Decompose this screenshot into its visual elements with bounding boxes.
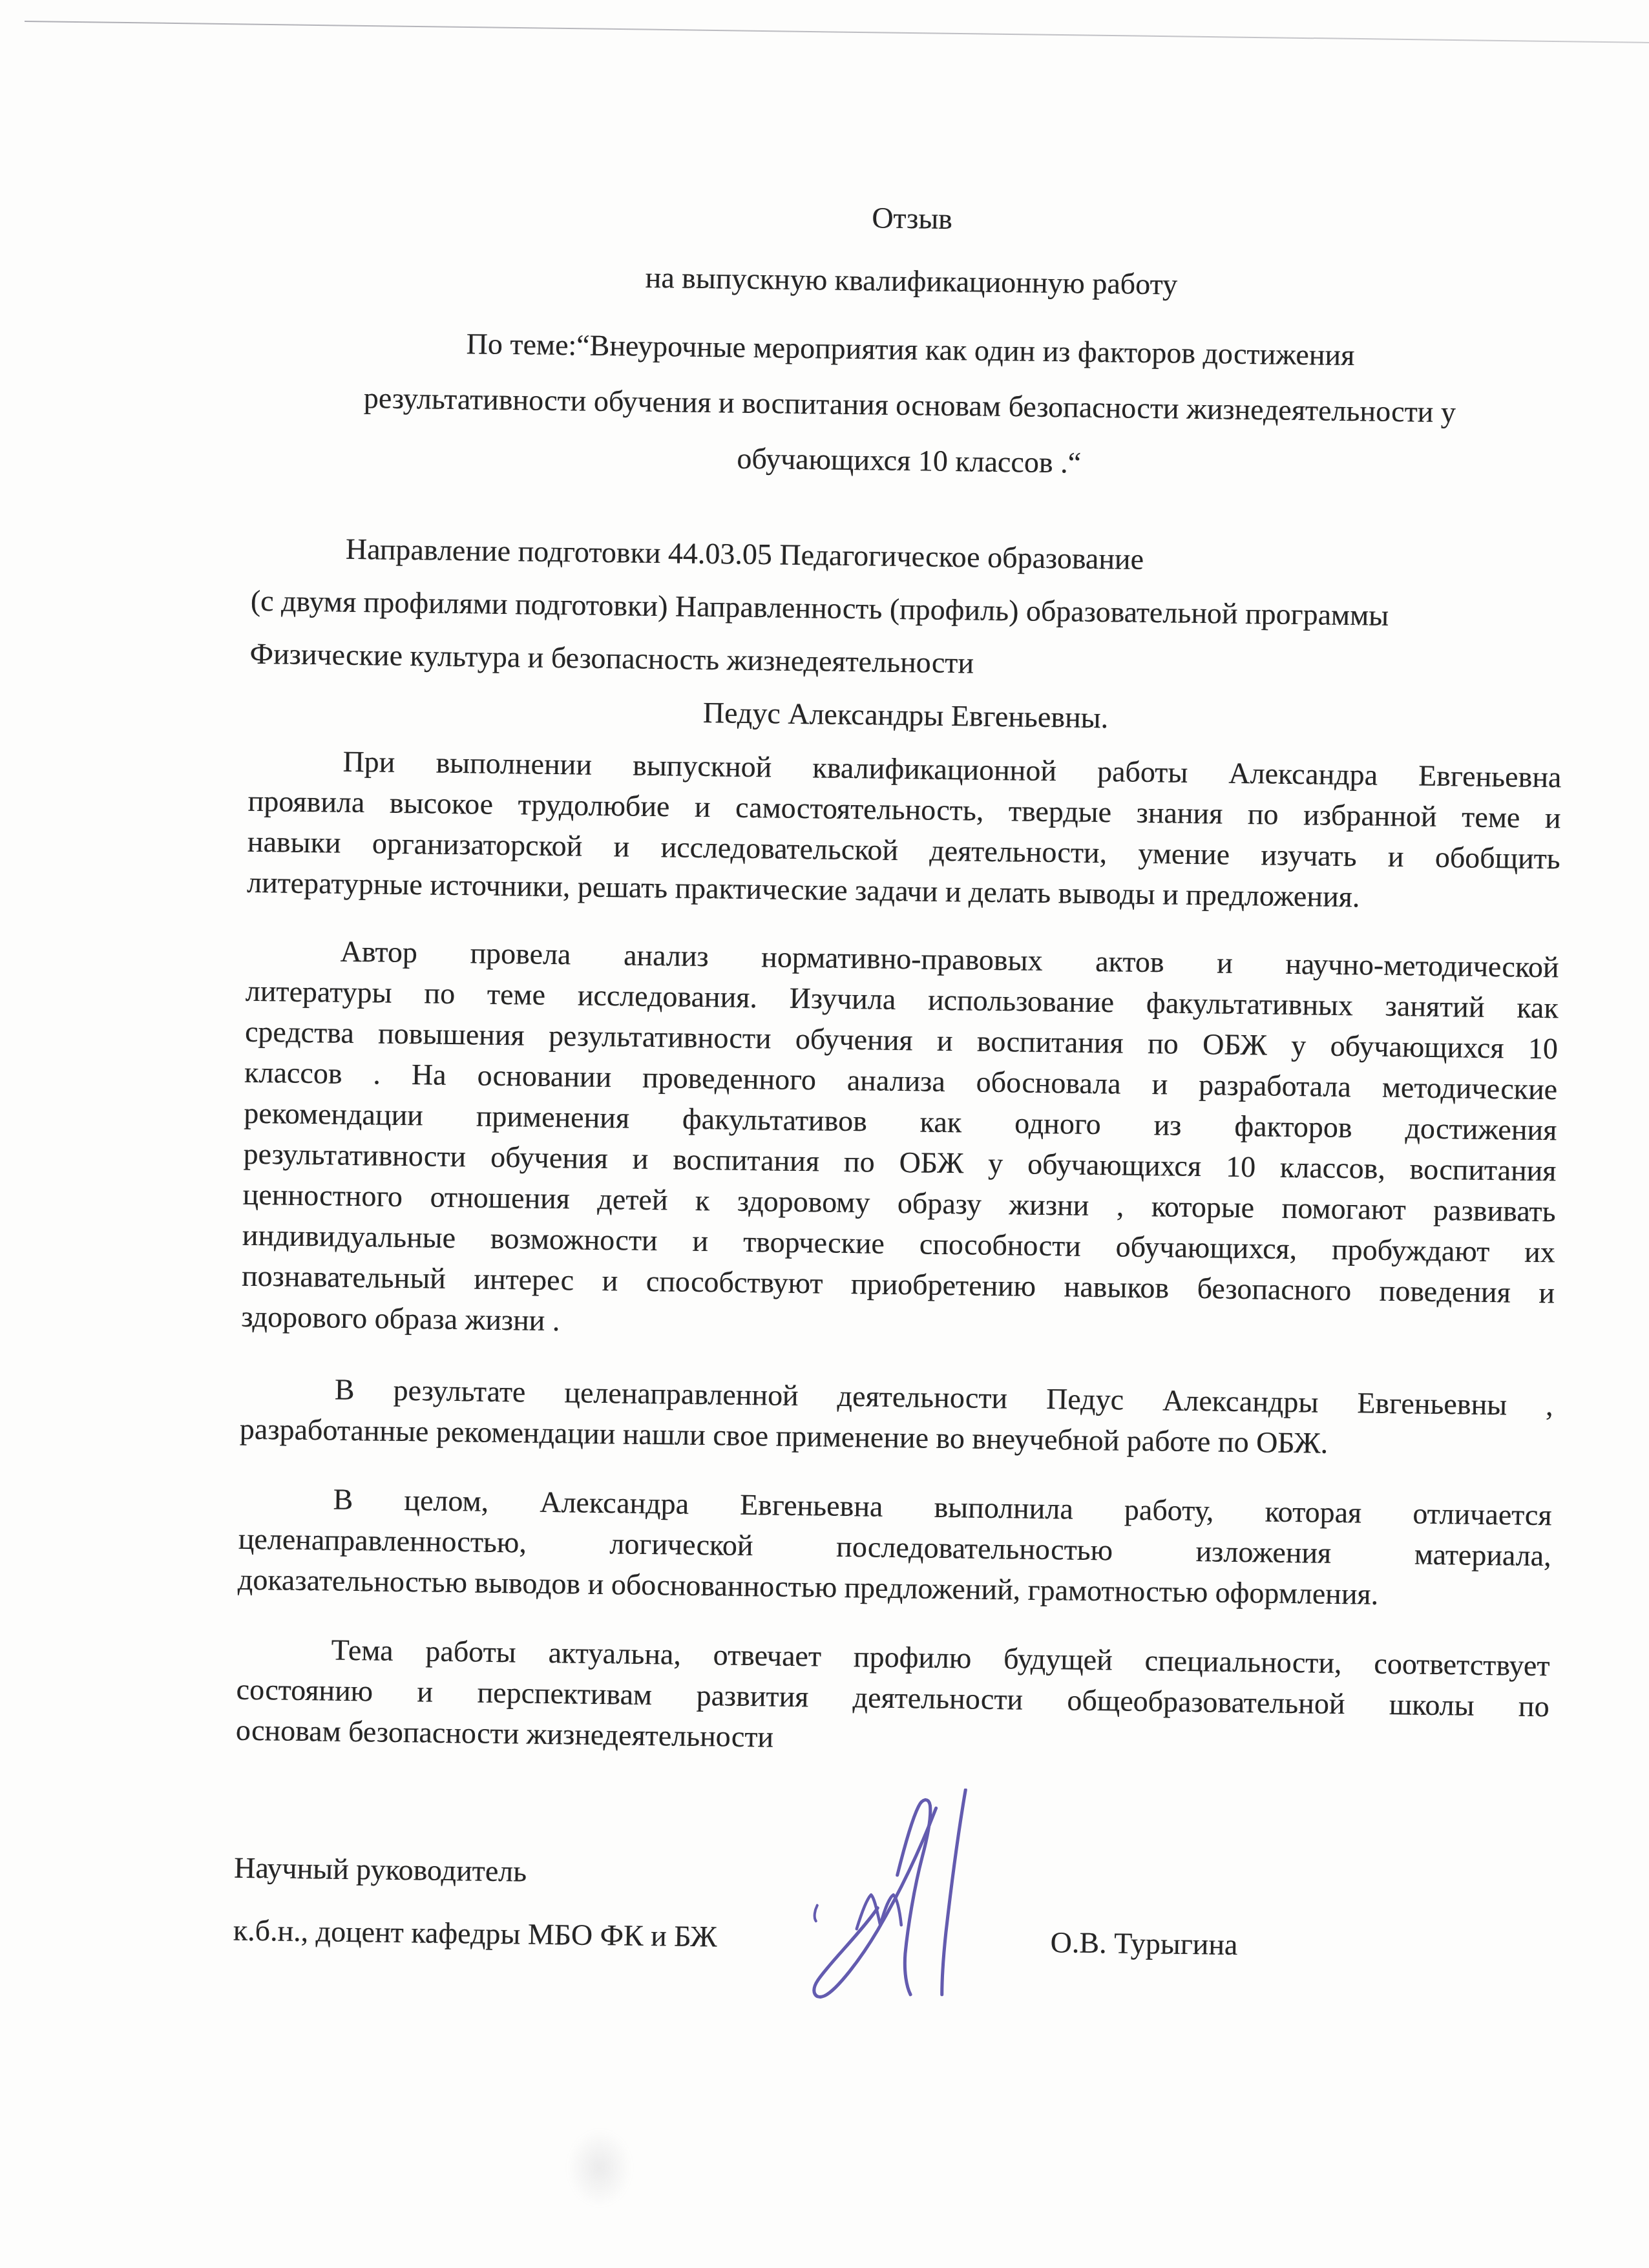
document-content: Отзыв на выпускную квалификационную рабо… — [0, 0, 1649, 1969]
supervisor-name: О.В. Турыгина — [1050, 1922, 1237, 1965]
supervisor-position-label: к.б.н., доцент кафедры МБО ФК и БЖ — [233, 1914, 717, 1953]
paragraph-analysis: Автор провела анализ нормативно-правовых… — [241, 930, 1559, 1354]
study-program: Направление подготовки 44.03.05 Педагоги… — [249, 521, 1564, 698]
signature-stroke — [942, 1790, 966, 1995]
signature-handwritten — [801, 1789, 976, 2005]
scan-artifact-smudge — [567, 2129, 632, 2207]
paragraph-results: В результате целенаправленной деятельнос… — [240, 1368, 1553, 1467]
document-title: Отзыв — [255, 189, 1569, 247]
paragraph-overall-assessment: В целом, Александра Евгеньевна выполнила… — [238, 1478, 1552, 1617]
signature-stroke — [898, 1800, 930, 1994]
signature-stroke — [815, 1906, 817, 1921]
document-subtitle: на выпускную квалификационную работу — [255, 252, 1568, 310]
document-page: Отзыв на выпускную квалификационную рабо… — [0, 0, 1649, 2268]
paragraph-diligence: При выполнении выпускной квалификационно… — [247, 740, 1562, 920]
paragraph-relevance: Тема работы актуальна, отвечает профилю … — [236, 1628, 1550, 1768]
thesis-theme: По теме:“Внеурочные мероприятия как один… — [252, 313, 1567, 498]
